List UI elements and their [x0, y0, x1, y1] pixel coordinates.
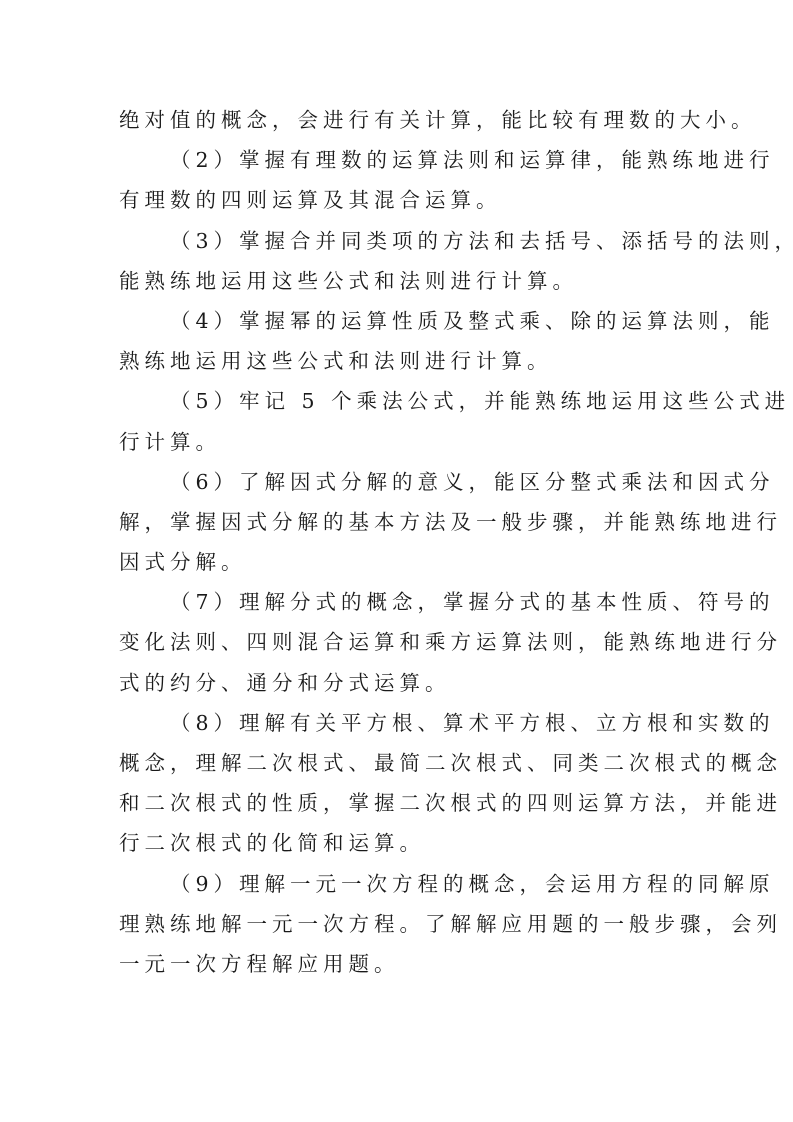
text-line: 一元一次方程解应用题。 — [119, 944, 679, 984]
text-line: （9）理解一元一次方程的概念，会运用方程的同解原 — [119, 864, 679, 904]
text-line: 行计算。 — [119, 422, 679, 462]
text-line: 熟练地运用这些公式和法则进行计算。 — [119, 341, 679, 381]
document-page: 绝对值的概念，会进行有关计算，能比较有理数的大小。 （2）掌握有理数的运算法则和… — [0, 0, 793, 1122]
paragraph-item-7: （7）理解分式的概念，掌握分式的基本性质、符号的 变化法则、四则混合运算和乘方运… — [119, 582, 679, 703]
text-line: 解，掌握因式分解的基本方法及一般步骤，并能熟练地进行 — [119, 502, 679, 542]
paragraph-item-4: （4）掌握幂的运算性质及整式乘、除的运算法则，能 熟练地运用这些公式和法则进行计… — [119, 301, 679, 381]
text-line: （5）牢记 5 个乘法公式，并能熟练地运用这些公式进 — [119, 381, 679, 421]
text-line: 理熟练地解一元一次方程。了解解应用题的一般步骤，会列 — [119, 904, 679, 944]
text-line: （7）理解分式的概念，掌握分式的基本性质、符号的 — [119, 582, 679, 622]
text-line: 因式分解。 — [119, 542, 679, 582]
text-line: 式的约分、通分和分式运算。 — [119, 663, 679, 703]
paragraph-item-8: （8）理解有关平方根、算术平方根、立方根和实数的 概念，理解二次根式、最简二次根… — [119, 703, 679, 864]
text-line: 能熟练地运用这些公式和法则进行计算。 — [119, 261, 679, 301]
text-line: （8）理解有关平方根、算术平方根、立方根和实数的 — [119, 703, 679, 743]
text-line: （4）掌握幂的运算性质及整式乘、除的运算法则，能 — [119, 301, 679, 341]
text-line: 有理数的四则运算及其混合运算。 — [119, 180, 679, 220]
text-line: 绝对值的概念，会进行有关计算，能比较有理数的大小。 — [119, 100, 679, 140]
text-line: 和二次根式的性质，掌握二次根式的四则运算方法，并能进 — [119, 783, 679, 823]
paragraph-item-3: （3）掌握合并同类项的方法和去括号、添括号的法则， 能熟练地运用这些公式和法则进… — [119, 221, 679, 301]
paragraph-item-9: （9）理解一元一次方程的概念，会运用方程的同解原 理熟练地解一元一次方程。了解解… — [119, 864, 679, 985]
text-line: （6）了解因式分解的意义，能区分整式乘法和因式分 — [119, 462, 679, 502]
paragraph-item-2: （2）掌握有理数的运算法则和运算律，能熟练地进行 有理数的四则运算及其混合运算。 — [119, 140, 679, 220]
text-line: 概念，理解二次根式、最简二次根式、同类二次根式的概念 — [119, 743, 679, 783]
text-line: 变化法则、四则混合运算和乘方运算法则，能熟练地进行分 — [119, 622, 679, 662]
paragraph-item-5: （5）牢记 5 个乘法公式，并能熟练地运用这些公式进 行计算。 — [119, 381, 679, 461]
text-line: （3）掌握合并同类项的方法和去括号、添括号的法则， — [119, 221, 679, 261]
text-line: （2）掌握有理数的运算法则和运算律，能熟练地进行 — [119, 140, 679, 180]
text-line: 行二次根式的化简和运算。 — [119, 823, 679, 863]
paragraph-continuation: 绝对值的概念，会进行有关计算，能比较有理数的大小。 — [119, 100, 679, 140]
paragraph-item-6: （6）了解因式分解的意义，能区分整式乘法和因式分 解，掌握因式分解的基本方法及一… — [119, 462, 679, 583]
document-body: 绝对值的概念，会进行有关计算，能比较有理数的大小。 （2）掌握有理数的运算法则和… — [119, 100, 679, 984]
